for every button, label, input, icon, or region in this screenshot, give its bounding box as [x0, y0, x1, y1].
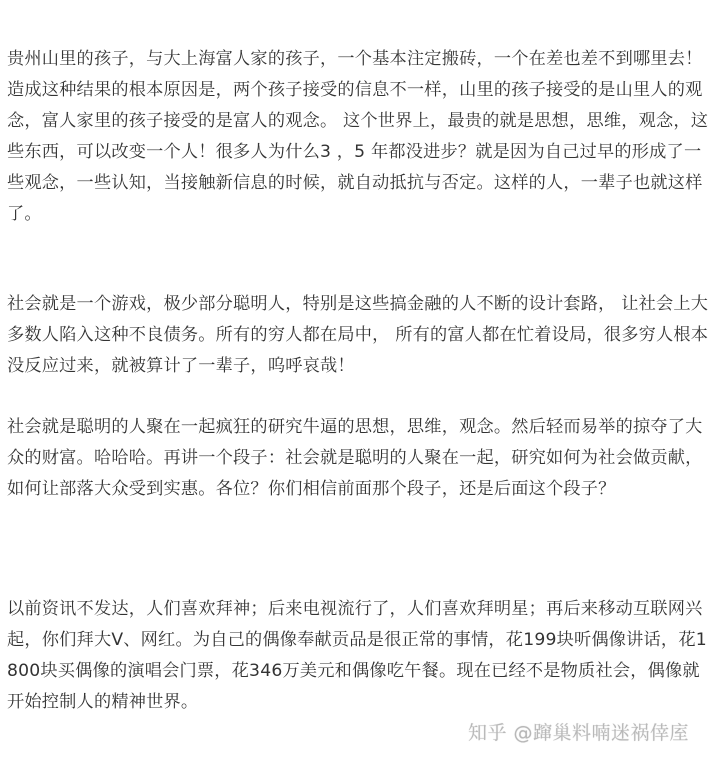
paragraph-1: 贵州山里的孩子，与大上海富人家的孩子，一个基本注定搬砖，一个在差也差不到哪里去！…	[7, 44, 713, 230]
zhihu-watermark: 知乎 @蹿巢料喃迷祸倖庢	[468, 718, 689, 745]
paragraph-2: 社会就是一个游戏，极少部分聪明人，特别是这些搞金融的人不断的设计套路， 让社会上…	[7, 289, 713, 382]
paragraph-3: 社会就是聪明的人聚在一起疯狂的研究牛逼的思想，思维，观念。然后轻而易举的掠夺了大…	[7, 412, 713, 505]
paragraph-4: 以前资讯不发达，人们喜欢拜神；后来电视流行了，人们喜欢拜明星；再后来移动互联网兴…	[7, 594, 713, 718]
